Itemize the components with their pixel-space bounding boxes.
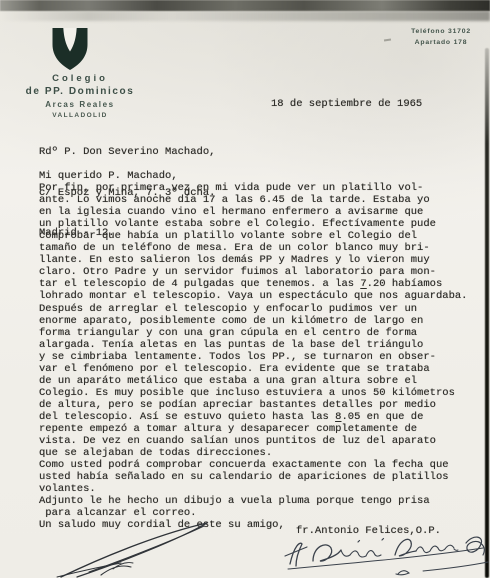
- letterhead-org-name: Colegio de PP. Dominicos Arcas Reales VA…: [5, 74, 155, 119]
- letter-line: tar el telescopio de 4 pulgadas que tene…: [39, 278, 481, 290]
- letter-line: var el fenómeno por el telescopio. Era e…: [39, 363, 481, 375]
- letter-line: de altura, pero se podían apreciar basta…: [39, 399, 481, 411]
- letter-date: 18 de septiembre de 1965: [271, 98, 422, 110]
- letter-line: repente empezó a tomar altura y desapare…: [39, 423, 481, 435]
- letterhead-po-box: Apartado 178: [396, 40, 486, 47]
- org-line: Arcas Reales: [5, 101, 155, 109]
- recipient-line: Rdº P. Don Severino Machado,: [39, 146, 215, 160]
- letter-line: forma triangular y con una gran cúpula e…: [39, 327, 481, 339]
- letter-line: del telescopio. Así se estuvo quieto has…: [39, 411, 481, 423]
- letter-line: llante. En esto salieron los demás PP y …: [39, 254, 481, 266]
- letterhead-phone: Teléfono 31702: [396, 29, 486, 36]
- letter-line: Colegio. Es muy posible que incluso estu…: [39, 387, 481, 399]
- letter-line: Por fin, por primera vez en mi vida pude…: [39, 182, 481, 194]
- letter-line: Mi querido P. Machado,: [39, 170, 481, 182]
- text-segment: del telescopio. Así se estuvo quieto has…: [39, 411, 335, 423]
- text-segment: .05 en que de: [341, 411, 423, 423]
- letter-line: Como usted podrá comprobar concuerda exa…: [39, 459, 481, 471]
- letter-line: Adjunto le he hecho un dibujo a vuela pl…: [39, 495, 481, 507]
- letter-line: en la iglesia cuando vino el hermano enf…: [39, 206, 481, 218]
- scan-artifact-dash: [384, 39, 391, 42]
- letter-line: volantes.: [39, 483, 481, 495]
- scan-artifact-smear: [0, 11, 490, 21]
- scan-artifact-top-band: [0, 0, 490, 11]
- org-line: de PP. Dominicos: [5, 87, 155, 97]
- letterhead-contact: Teléfono 31702 Apartado 178: [396, 29, 486, 51]
- text-segment: .20 habíamos: [367, 278, 443, 290]
- letter-body: Mi querido P. Machado,Por fin, por prime…: [39, 170, 481, 531]
- org-line: Colegio: [5, 74, 155, 84]
- letter-line: y se cimbriaba lentamente. Todos los PP.…: [39, 351, 481, 363]
- letter-line: ante. Lo vimos anoche día 17 a las 6.45 …: [39, 194, 481, 206]
- letter-line: claro. Otro Padre y un servidor fuimos a…: [39, 266, 481, 278]
- text-segment: tar el telescopio de 4 pulgadas que tene…: [39, 278, 360, 290]
- letter-line: que se alejaban de todas direcciones.: [39, 447, 481, 459]
- letter-line: vista. De vez en cuando salían unos punt…: [39, 435, 481, 447]
- dominican-shield-icon: [50, 26, 90, 72]
- letter-line: de un aparáto metálico que estaba a una …: [39, 375, 481, 387]
- handwritten-signature: [283, 533, 490, 578]
- scan-artifact-right-edge: [485, 48, 489, 578]
- letter-line: tamaño de un teléfono de mesa. Era de un…: [39, 242, 481, 254]
- letter-line: usted había señalado en su calendario de…: [39, 471, 481, 483]
- letter-line: lohrado montar el telescopio. Vaya un es…: [39, 290, 481, 302]
- letter-line: alargada. Tenía aletas en las puntas de …: [39, 339, 481, 351]
- pen-sketch-icon: [55, 518, 240, 578]
- letter-line: comprobar que había un platillo volante …: [39, 230, 481, 242]
- letter-line: Después de arreglar el telescopio y enfo…: [39, 303, 481, 315]
- letter-line: un platillo volante estaba sobre el Cole…: [39, 218, 481, 230]
- scanned-letter-page: Colegio de PP. Dominicos Arcas Reales VA…: [0, 0, 490, 578]
- letter-line: enorme aparato, posiblemente como de un …: [39, 315, 481, 327]
